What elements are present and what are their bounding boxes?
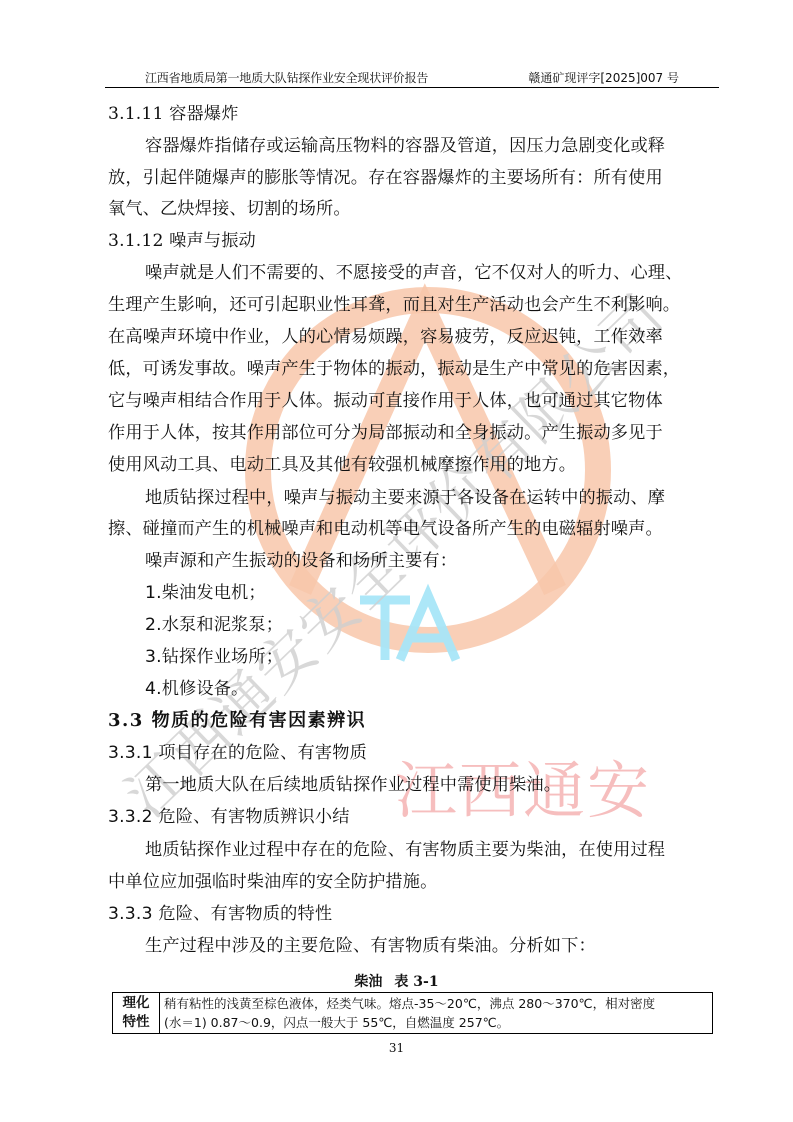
- paragraph-line: 放，引起伴随爆声的膨胀等情况。存在容器爆炸的主要场所有：所有使用: [108, 168, 663, 188]
- paragraph-line: 氧气、乙炔焊接、切割的场所。: [108, 199, 351, 219]
- paragraph-line: 它与噪声相结合作用于人体。振动可直接作用于人体，也可通过其它物体: [108, 391, 663, 411]
- heading-3-3-1: 3.3.1 项目存在的危险、有害物质: [108, 743, 367, 763]
- label-line: 理化: [117, 994, 155, 1013]
- paragraph-line: 地质钻探作业过程中存在的危险、有害物质主要为柴油，在使用过程: [145, 840, 665, 860]
- paragraph-line: 生产过程中涉及的主要危险、有害物质有柴油。分析如下：: [145, 936, 596, 956]
- heading-3-3: 3.3 物质的危险有害因素辨识: [108, 711, 366, 731]
- page-number: 31: [0, 1041, 793, 1055]
- list-item: 4.机修设备。: [145, 679, 248, 699]
- list-item: 2.水泵和泥浆泵；: [145, 615, 283, 635]
- label-line: 特性: [117, 1013, 155, 1032]
- heading-3-3-2: 3.3.2 危险、有害物质辨识小结: [108, 807, 350, 827]
- paragraph-line: 噪声就是人们不需要的、不愿接受的声音，它不仅对人的听力、心理、: [145, 263, 682, 283]
- table-row-label: 理化 特性: [113, 993, 160, 1034]
- content-line: (水＝1) 0.87～0.9，闪点一般大于 55℃，自燃温度 257℃。: [164, 1013, 708, 1032]
- paragraph-line: 第一地质大队在后续地质钻探作业过程中需使用柴油。: [145, 775, 561, 795]
- table-caption-number: 表 3-1: [394, 974, 438, 990]
- heading-3-1-11: 3.1.11 容器爆炸: [108, 104, 239, 124]
- properties-table: 理化 特性 稍有粘性的浅黄至棕色液体，烃类气味。熔点-35～20℃，沸点 280…: [112, 992, 713, 1034]
- paragraph-line: 在高噪声环境中作业，人的心情易烦躁，容易疲劳，反应迟钝，工作效率: [108, 327, 663, 347]
- table-caption-name: 柴油: [354, 974, 382, 990]
- table-row-content: 稍有粘性的浅黄至棕色液体，烃类气味。熔点-35～20℃，沸点 280～370℃，…: [160, 993, 713, 1034]
- report-title: 江西省地质局第一地质大队钻探作业安全现状评价报告: [145, 69, 428, 86]
- paragraph-line: 生理产生影响，还可引起职业性耳聋，而且对生产活动也会产生不利影响。: [108, 295, 680, 315]
- document-number: 赣通矿现评字[2025]007 号: [528, 69, 679, 86]
- heading-3-1-12: 3.1.12 噪声与振动: [108, 231, 256, 251]
- paragraph-line: 擦、碰撞而产生的机械噪声和电动机等电气设备所产生的电磁辐射噪声。: [108, 519, 663, 539]
- paragraph-line: 噪声源和产生振动的设备和场所主要有：: [145, 551, 457, 571]
- paragraph-line: 地质钻探过程中，噪声与振动主要来源于各设备在运转中的振动、摩: [145, 488, 665, 508]
- document-page: 江西通安 江西通安安全评价有限公司 江西省地质局第一地质大队钻探作业安全现状评价…: [0, 0, 793, 1122]
- content-line: 稍有粘性的浅黄至棕色液体，烃类气味。熔点-35～20℃，沸点 280～370℃，…: [164, 994, 708, 1013]
- table-caption: 柴油表 3-1: [0, 971, 793, 991]
- paragraph-line: 使用风动工具、电动工具及其他有较强机械摩擦作用的地方。: [108, 455, 576, 475]
- page-header: 江西省地质局第一地质大队钻探作业安全现状评价报告 赣通矿现评字[2025]007…: [105, 68, 719, 88]
- paragraph-line: 低，可诱发事故。噪声产生于物体的振动，振动是生产中常见的危害因素，: [108, 359, 680, 379]
- heading-3-3-3: 3.3.3 危险、有害物质的特性: [108, 904, 332, 924]
- list-item: 1.柴油发电机；: [145, 583, 266, 603]
- list-item: 3.钻探作业场所；: [145, 647, 283, 667]
- table-row: 理化 特性 稍有粘性的浅黄至棕色液体，烃类气味。熔点-35～20℃，沸点 280…: [113, 993, 713, 1034]
- paragraph-line: 容器爆炸指储存或运输高压物料的容器及管道，因压力急剧变化或释: [145, 136, 665, 156]
- paragraph-line: 中单位应加强临时柴油库的安全防护措施。: [108, 872, 437, 892]
- paragraph-line: 作用于人体，按其作用部位可分为局部振动和全身振动。产生振动多见于: [108, 423, 663, 443]
